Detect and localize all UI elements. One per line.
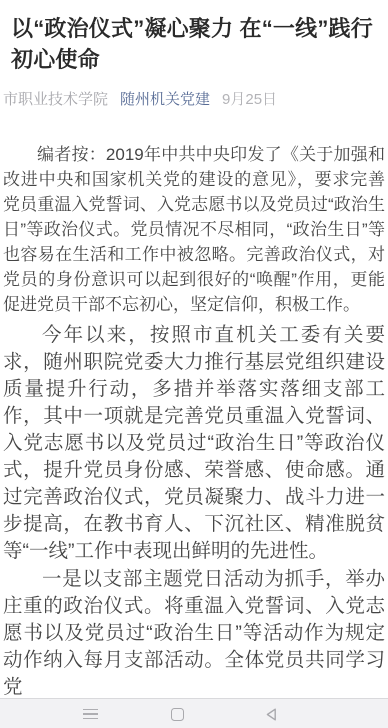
back-button[interactable] — [251, 699, 291, 728]
editor-note-paragraph: 编者按：2019年中共中央印发了《关于加强和改进中央和国家机关党的建设的意见》，… — [3, 142, 385, 317]
android-navbar — [0, 698, 388, 728]
account-link[interactable]: 随州机关党建 — [120, 89, 210, 110]
article-content[interactable]: 以“政治仪式”凝心聚力 在“一线”践行初心使命 市职业技术学院 随州机关党建 9… — [0, 0, 388, 698]
article-source: 市职业技术学院 — [3, 89, 108, 110]
back-icon — [264, 707, 279, 722]
publish-date: 9月25日 — [222, 89, 277, 110]
article-paragraph: 今年以来，按照市直机关工委有关要求，随州职院党委大力推行基层党组织建设质量提升行… — [3, 322, 385, 565]
recents-icon — [83, 709, 98, 720]
article-screen: 以“政治仪式”凝心聚力 在“一线”践行初心使命 市职业技术学院 随州机关党建 9… — [0, 0, 388, 728]
recents-button[interactable] — [70, 699, 110, 728]
article-paragraph: 一是以支部主题党日活动为抓手，举办庄重的政治仪式。将重温入党誓词、入党志愿书以及… — [3, 566, 385, 698]
home-button[interactable] — [157, 699, 197, 728]
article-meta-row: 市职业技术学院 随州机关党建 9月25日 — [3, 89, 385, 110]
article-title: 以“政治仪式”凝心聚力 在“一线”践行初心使命 — [11, 13, 377, 75]
home-icon — [171, 708, 184, 721]
